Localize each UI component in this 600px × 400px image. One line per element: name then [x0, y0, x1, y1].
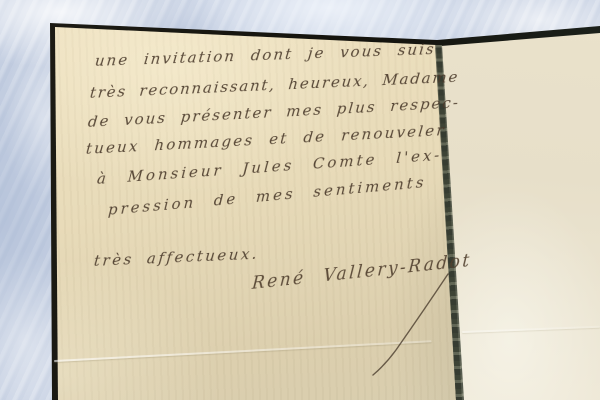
signature-flourish-stroke [370, 268, 455, 378]
letter-photograph: une invitation dont je vous suis très re… [0, 0, 600, 400]
